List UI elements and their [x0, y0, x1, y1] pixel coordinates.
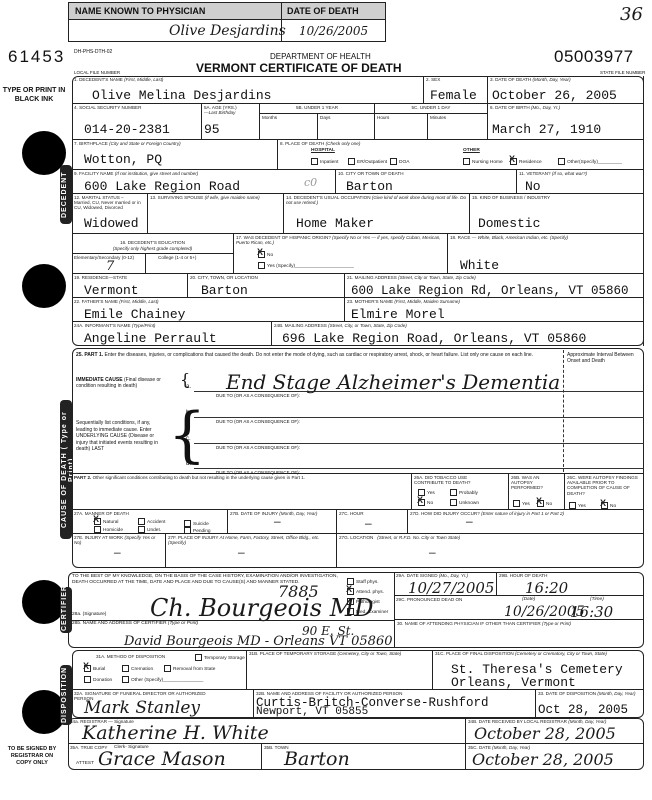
findings-no-checkbox[interactable]: No — [601, 502, 616, 509]
decedent-name-field[interactable]: 1. DECEDENT'S NAME (First, Middle, Last)… — [72, 76, 424, 104]
hospital-heading: HOSPITAL — [311, 148, 335, 153]
education-header: 16. DECEDENT'S EDUCATION (Specify only h… — [72, 234, 234, 254]
funeral-director-signature-field[interactable]: 32a. SIGNATURE OF FUNERAL DIRECTOR OR AU… — [72, 690, 254, 718]
hours-field[interactable]: Hours — [375, 114, 428, 140]
occupation-field[interactable]: 14. DECEDENT'S USUAL OCCUPATION (Give ki… — [284, 194, 470, 234]
business-field[interactable]: 15. KIND OF BUSINESS / INDUSTRY Domestic — [470, 194, 644, 234]
donation-checkbox[interactable]: Donation — [84, 676, 112, 683]
how-injury-field[interactable]: 27d. HOW DID INJURY OCCUR? (Enter nature… — [408, 510, 644, 534]
local-file-number: 61453 — [8, 47, 65, 67]
informant-address-field[interactable]: 24b. MAILING ADDRESS (Street, City, or T… — [272, 322, 644, 346]
age-field[interactable]: 5a. AGE (Yrs.)—Last Birthday 95 — [202, 104, 260, 140]
minutes-field[interactable]: Minutes — [428, 114, 488, 140]
method-of-disposition-field[interactable]: 31a. METHOD OF DISPOSITION Temporary Sto… — [72, 650, 247, 690]
facility-field[interactable]: 9. FACILITY NAME (If not institution, gi… — [72, 170, 336, 194]
facility-name-address-field[interactable]: 32b. NAME AND ADDRESS OF FACILITY OR AUT… — [254, 690, 536, 718]
pronounced-dead-field[interactable]: 29c. PRONOUNCED DEAD ON (Date) (Time) 10… — [394, 596, 644, 620]
sex-field[interactable]: 2. SEX Female — [424, 76, 488, 104]
manner-accident-checkbox[interactable]: Accident — [138, 518, 165, 525]
punch-hole — [22, 264, 66, 308]
temporary-storage-checkbox[interactable]: Temporary Storage — [195, 654, 245, 661]
cause-tab: CAUSE OF DEATH ( Type or Print) — [60, 400, 72, 539]
disposition-tab: DISPOSITION — [60, 665, 72, 725]
local-file-label: LOCAL FILE NUMBER — [74, 70, 120, 75]
page-number: 36 — [620, 4, 643, 25]
part2-field[interactable]: PART 2. Other significant conditions con… — [72, 474, 412, 510]
elementary-field[interactable]: Elementary/Secondary (0-12) 7 — [72, 254, 146, 274]
certifier-signature[interactable]: Ch. Bourgeois MD — [150, 594, 374, 622]
part1-instructions: 25. PART 1. Enter the diseases, injuries… — [76, 352, 556, 358]
place-of-injury-field[interactable]: 27f. PLACE OF INJURY At Home, Farm, Fact… — [166, 534, 337, 568]
marital-status-field[interactable]: 12. MARITAL STATUS –Married, CU, Never m… — [72, 194, 148, 234]
residence-checkbox[interactable]: Residence — [510, 158, 542, 165]
tobacco-no-checkbox[interactable]: No — [418, 499, 433, 506]
name-known-label: NAME KNOWN TO PHYSICIAN — [75, 6, 205, 16]
true-copy-field[interactable]: 35a. TRUE COPY Clerk- Signature ATTEST G… — [68, 744, 262, 770]
race-field[interactable]: 18. RACE — White, Black, American Indian… — [448, 234, 644, 274]
interval-label: Approximate Interval Between Onset and D… — [567, 352, 639, 364]
veteran-field[interactable]: 11. VETERAN? (If so, what war?) No — [517, 170, 644, 194]
cause-line-c[interactable]: c. DUE TO (OR AS A CONSEQUENCE OF): — [186, 430, 644, 450]
date-signed-field[interactable]: 29a. DATE SIGNED (Mo., Day, Yr.) 10/27/2… — [394, 572, 497, 596]
tobacco-probably-checkbox[interactable]: Probably — [450, 489, 478, 496]
other-heading: OTHER — [463, 148, 480, 153]
date-of-injury-field[interactable]: 27b. DATE OF INJURY (Month, Day, Year) — — [228, 510, 337, 534]
manner-suicide-checkbox[interactable]: Suicide — [184, 520, 209, 527]
under-1-day-header: 5c. UNDER 1 DAY — [375, 104, 488, 114]
cause-line-b[interactable]: b. DUE TO (OR AS A CONSEQUENCE OF): — [186, 404, 644, 424]
cause-line-d[interactable]: d. DUE TO (OR AS A CONSEQUENCE OF): — [186, 455, 644, 475]
final-disposition-field[interactable]: 31c. PLACE OF FINAL DISPOSITION (Cemeter… — [433, 650, 644, 690]
manner-undetermined-checkbox[interactable]: Undet. — [138, 526, 161, 533]
autopsy-yes-checkbox[interactable]: Yes — [513, 500, 530, 507]
sequential-instructions: Sequentially list conditions, if any, le… — [76, 420, 162, 453]
physician-box: NAME KNOWN TO PHYSICIAN DATE OF DEATH Ol… — [68, 2, 386, 42]
removal-from-state-checkbox[interactable]: Removal from State — [164, 665, 215, 672]
hispanic-no-checkbox[interactable]: No — [258, 251, 273, 258]
registrar-signature-field[interactable]: 34a. REGISTRAR — Signature Katherine H. … — [68, 718, 466, 744]
mailing-address-field[interactable]: 21. MAILING ADDRESS (Street, City or Tow… — [345, 274, 644, 298]
informant-name-field[interactable]: 24a. INFORMANT'S NAME (Type/Print) Angel… — [72, 322, 272, 346]
hour-of-death-field[interactable]: 29b. HOUR OF DEATH 16:20 — [497, 572, 644, 596]
doa-checkbox[interactable]: DOA — [390, 158, 409, 165]
form-code: DH-PHS-DTH-02 — [74, 49, 112, 55]
certificate-title: VERMONT CERTIFICATE OF DEATH — [196, 61, 402, 75]
ink-instruction: TYPE OR PRINT IN BLACK INK — [2, 86, 66, 104]
date-of-birth-field[interactable]: 6. DATE OF BIRTH (Mo., Day, Yr.) March 2… — [488, 104, 644, 140]
injury-location-field[interactable]: 27g. LOCATION (Street, or R.F.D. No. Cit… — [337, 534, 644, 568]
father-name-field[interactable]: 22. FATHER'S NAME (First, Middle, Last) … — [72, 298, 345, 322]
state-file-number: 05003977 — [554, 47, 634, 67]
under-1-year-header: 5b. UNDER 1 YEAR — [260, 104, 375, 114]
other-place-checkbox[interactable]: Other(Specify)_________ — [558, 158, 622, 165]
certifier-name-address[interactable]: David Bourgeois MD - Orleans VT 05860 — [124, 634, 393, 649]
place-of-death-field[interactable]: 8. PLACE OF DEATH (Check only one) HOSPI… — [278, 140, 644, 170]
name-addr-label: 28b. NAME AND ADDRESS OF CERTIFIER (Type… — [72, 621, 198, 626]
date-of-death-value: 10/26/2005 — [299, 24, 368, 38]
decedent-tab: DECEDENT — [60, 165, 72, 224]
surviving-spouse-field[interactable]: 13. SURVIVING SPOUSE (If wife, give maid… — [148, 194, 284, 234]
birthplace-field[interactable]: 7. BIRTHPLACE (City and State or Foreign… — [72, 140, 278, 170]
date-of-death-field[interactable]: 3. DATE OF DEATH (Month, Day, Year) Octo… — [488, 76, 644, 104]
attending-physician-field[interactable]: 30. NAME OF ATTENDING PHYSICIAN IF OTHER… — [394, 620, 644, 648]
mother-name-field[interactable]: 23. MOTHER'S NAME (First, Middle, Maiden… — [345, 298, 644, 322]
manner-natural-checkbox[interactable]: Natural — [94, 518, 118, 525]
hispanic-origin-field[interactable]: 17. WAS DECEDENT OF HISPANIC ORIGIN? (Sp… — [234, 234, 448, 274]
immediate-cause-label: IMMEDIATE CAUSE (Final disease or condit… — [76, 377, 181, 389]
cremation-checkbox[interactable]: Cremation — [122, 665, 153, 672]
signature-label: 28a. (Signature) — [72, 612, 106, 617]
autopsy-no-checkbox[interactable]: No — [537, 500, 552, 507]
manner-of-death-field[interactable]: 27a. MANNER OF DEATH Natural Accident Su… — [72, 510, 228, 534]
tobacco-unknown-checkbox[interactable]: Unknown — [450, 499, 479, 506]
copy-note: TO BE SIGNED BY REGISTRAR ON COPY ONLY — [6, 746, 58, 767]
hispanic-yes-checkbox[interactable]: Yes (Specify)______________________ — [258, 262, 354, 269]
injury-at-work-field[interactable]: 27e. INJURY AT WORK (Specify Yes or No) … — [72, 534, 166, 568]
town-field[interactable]: 35b. TOWN Barton — [262, 744, 466, 770]
inpatient-checkbox[interactable]: Inpatient — [311, 158, 338, 165]
manner-pending-checkbox[interactable]: Pending — [184, 527, 211, 534]
cause-line-a[interactable]: a. End Stage Alzheimer's Dementia DUE TO… — [186, 378, 644, 398]
date-received-field[interactable]: 34b. DATE RECEIVED BY LOCAL REGISTRAR (M… — [466, 718, 644, 744]
injury-hour-field[interactable]: 27c. HOUR — — [337, 510, 408, 534]
department-label: DEPARTMENT OF HEALTH — [270, 52, 371, 61]
other-disposition-checkbox[interactable]: Other (Specify)_______________ — [122, 676, 203, 683]
college-field[interactable]: College (1-4 or 5+) — [146, 254, 234, 274]
city-of-death-field[interactable]: 10. CITY OR TOWN OF DEATH Barton — [336, 170, 517, 194]
manner-homicide-checkbox[interactable]: Homicide — [94, 526, 123, 533]
nursing-home-checkbox[interactable]: Nursing Home — [463, 158, 503, 165]
date-of-disposition-field[interactable]: 33. DATE OF DISPOSITION (Month, Day, Yea… — [536, 690, 644, 718]
ssn-field[interactable]: 4. SOCIAL SECURITY NUMBER 014-20-2381 — [72, 104, 202, 140]
tobacco-field[interactable]: 26a. DID TOBACCO USE CONTRIBUTE TO DEATH… — [412, 474, 509, 510]
autopsy-findings-field[interactable]: 26c. WERE AUTOPSY FINDINGS AVAILABLE PRI… — [565, 474, 644, 510]
autopsy-field[interactable]: 26b. WAS AN AUTOPSY PERFORMED? Yes No — [509, 474, 565, 510]
er-outpatient-checkbox[interactable]: ER/Outpatient — [348, 158, 387, 165]
name-known-value: Olive Desjardins — [169, 23, 286, 39]
residence-state-field[interactable]: 19. RESIDENCE—STATE Vermont — [72, 274, 188, 298]
residence-city-field[interactable]: 20. CITY, TOWN, OR LOCATION Barton — [188, 274, 345, 298]
copy-date-field[interactable]: 35c. DATE (Month, Day, Year) October 28,… — [466, 744, 644, 770]
findings-yes-checkbox[interactable]: Yes — [569, 502, 586, 509]
days-field[interactable]: Days — [318, 114, 375, 140]
date-of-death-label: DATE OF DEATH — [287, 6, 359, 16]
temporary-storage-field[interactable]: 31b. PLACE OF TEMPORARY STORAGE (Cemeter… — [247, 650, 433, 690]
months-field[interactable]: Months — [260, 114, 318, 140]
state-file-label: STATE FILE NUMBER — [600, 70, 645, 75]
burial-checkbox[interactable]: Burial — [84, 665, 105, 672]
